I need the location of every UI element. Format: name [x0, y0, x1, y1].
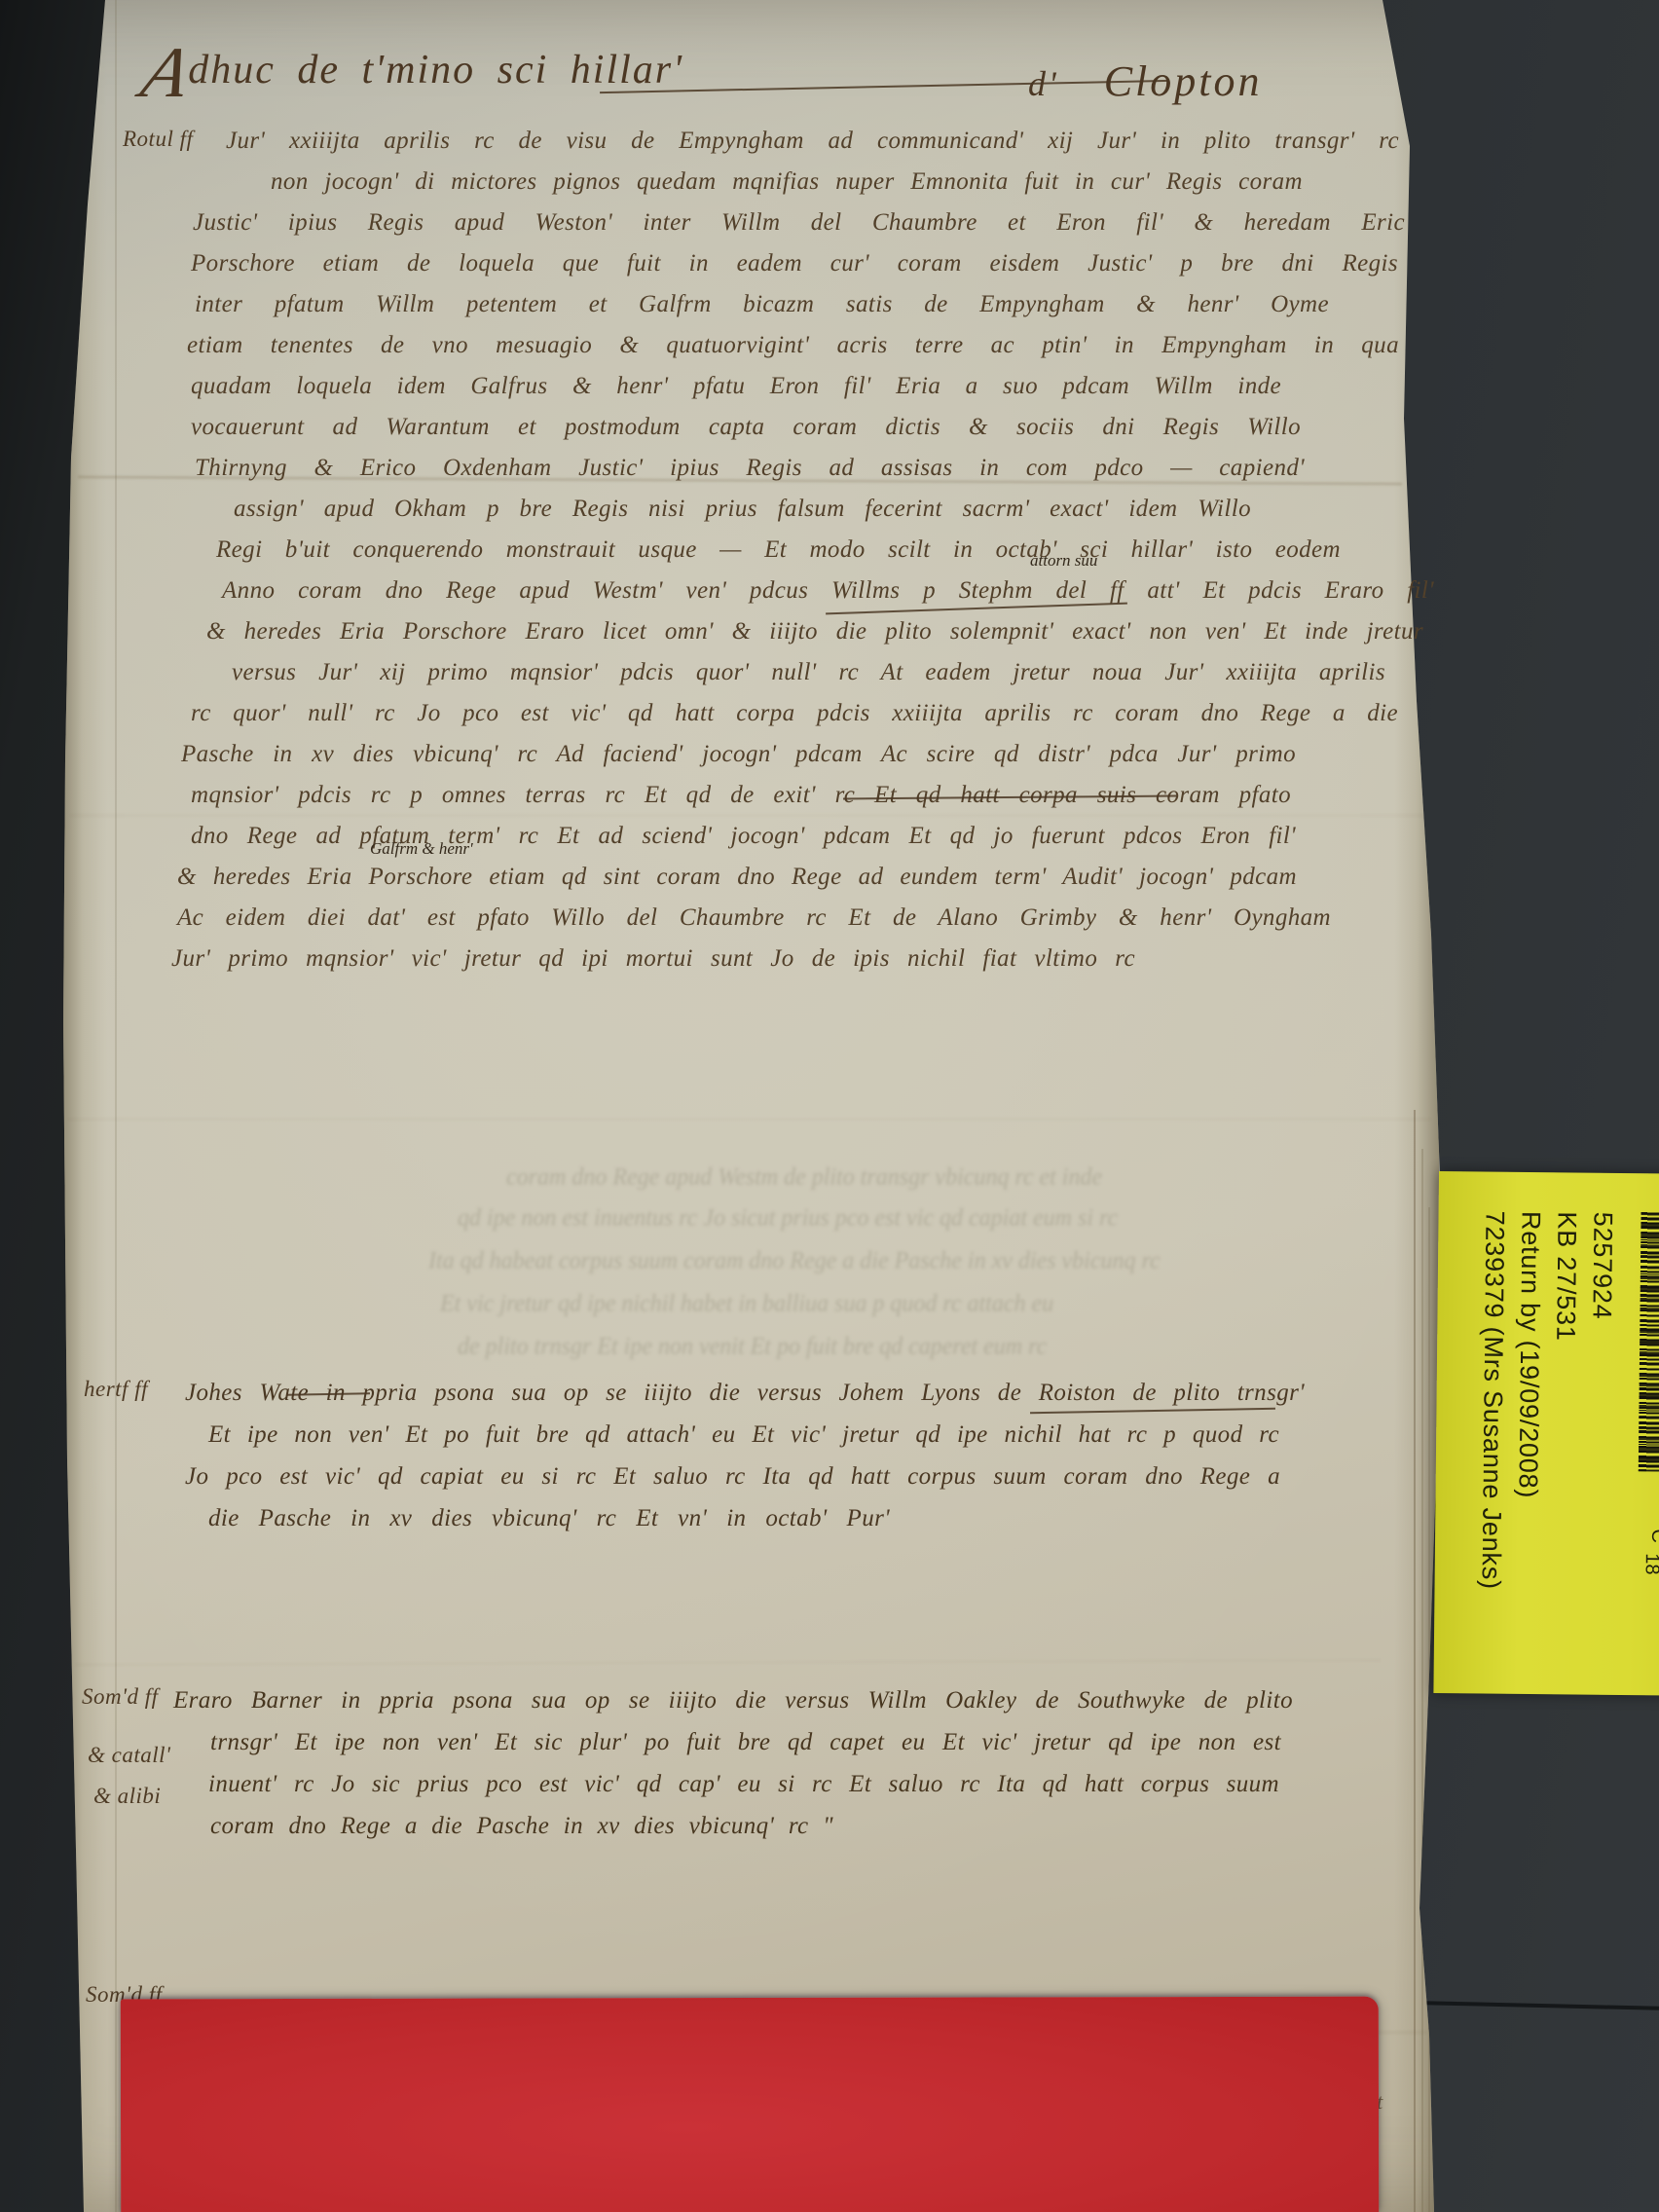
ghost-bleedthrough-line: coram dno Rege apud Westm de plito trans… [506, 1163, 1188, 1191]
ghost-bleedthrough-line: Et vic jretur qd ipe nichil habet in bal… [440, 1290, 1297, 1317]
manuscript-line: Jur' xxiiijta aprilis rc de visu de Empy… [226, 125, 1399, 160]
ghost-bleedthrough-line: qd ipe non est inuentus rc Jo sicut priu… [458, 1204, 1295, 1232]
manuscript-line: Ac eidem diei dat' est pfato Willo del C… [177, 902, 1331, 937]
barcode [1639, 1212, 1659, 1472]
label-barcode-number: 5257924 [1586, 1212, 1617, 1320]
label-return-by-date: Return by (19/09/2008) [1513, 1211, 1546, 1499]
manuscript-text-layer: Adhuc de t'mino sci hillar' d'Clopton co… [0, 0, 1659, 2212]
manuscript-line: Anno coram dno Rege apud Westm' ven' pdc… [222, 574, 1434, 609]
manuscript-line: quadam loquela idem Galfrus & henr' pfat… [191, 370, 1281, 405]
margin-note: hertf ff [84, 1377, 148, 1402]
manuscript-line: coram dno Rege a die Pasche in xv dies v… [210, 1810, 833, 1845]
label-corner-number: 18 [1641, 1553, 1659, 1574]
archive-request-label: C 18 5257924 KB 27/531 Return by (19/09/… [1433, 1171, 1659, 1696]
ghost-bleedthrough-line: Ita qd habeat corpus suum coram dno Rege… [428, 1247, 1305, 1274]
manuscript-line: Pasche in xv dies vbicunq' rc Ad faciend… [181, 738, 1296, 773]
label-document-reference: KB 27/531 [1550, 1211, 1581, 1342]
manuscript-line: Thirnyng & Erico Oxdenham Justic' ipius … [195, 452, 1305, 487]
interlinear-note: attorn suu [1030, 551, 1097, 571]
margin-note: & catall' [88, 1743, 170, 1768]
margin-note: Rotul ff [123, 127, 193, 152]
manuscript-line: inter pfatum Willm petentem et Galfrm bi… [195, 288, 1329, 323]
photo-backdrop: Adhuc de t'mino sci hillar' d'Clopton co… [0, 0, 1659, 2212]
archive-label-wrap: C 18 5257924 KB 27/531 Return by (19/09/… [1439, 1174, 1659, 1696]
manuscript-line: versus Jur' xij primo mqnsior' pdcis quo… [232, 656, 1385, 691]
manuscript-line: Justic' ipius Regis apud Weston' inter W… [193, 206, 1405, 241]
ghost-bleedthrough-line: de plito trnsgr Et ipe non venit Et po f… [458, 1333, 1275, 1360]
manuscript-line: dno Rege ad pfatum term' rc Et ad sciend… [191, 820, 1296, 855]
manuscript-line: rc quor' null' rc Jo pco est vic' qd hat… [191, 697, 1398, 732]
label-corner-letter: C [1646, 1529, 1659, 1543]
manuscript-line: trnsgr' Et ipe non ven' Et sic plur' po … [210, 1726, 1281, 1761]
manuscript-line: Eraro Barner in ppria psona sua op se ii… [173, 1684, 1293, 1719]
manuscript-line: vocauerunt ad Warantum et postmodum capt… [191, 411, 1301, 446]
manuscript-line: & heredes Eria Porschore Eraro licet omn… [206, 615, 1423, 650]
manuscript-line: die Pasche in xv dies vbicunq' rc Et vn'… [208, 1502, 890, 1537]
manuscript-line: Jo pco est vic' qd capiat eu si rc Et sa… [185, 1460, 1280, 1495]
manuscript-line: Et ipe non ven' Et po fuit bre qd attach… [208, 1419, 1279, 1454]
manuscript-line: Porschore etiam de loquela que fuit in e… [191, 247, 1398, 282]
manuscript-line: & heredes Eria Porschore etiam qd sint c… [177, 861, 1297, 896]
red-separator-card [121, 1997, 1379, 2212]
roll-heading: Adhuc de t'mino sci hillar' [144, 47, 683, 93]
manuscript-line: non jocogn' di mictores pignos quedam mq… [271, 166, 1303, 201]
manuscript-line: Jur' primo mqnsior' vic' jretur qd ipi m… [171, 942, 1135, 977]
heading-initial: A [139, 54, 193, 92]
interlinear-note: Galfrm & henr' [370, 839, 473, 859]
margin-note: Som'd ff [82, 1684, 159, 1710]
label-requester: 7239379 (Mrs Susanne Jenks) [1476, 1210, 1510, 1590]
margin-note: & alibi [93, 1784, 161, 1809]
manuscript-line: inuent' rc Jo sic prius pco est vic' qd … [208, 1768, 1279, 1803]
manuscript-line: etiam tenentes de vno mesuagio & quatuor… [187, 329, 1399, 364]
manuscript-line: assign' apud Okham p bre Regis nisi priu… [234, 493, 1251, 528]
manuscript-line: Regi b'uit conquerendo monstrauit usque … [216, 534, 1341, 569]
heading-term-text: dhuc de t'mino sci hillar' [188, 48, 683, 92]
